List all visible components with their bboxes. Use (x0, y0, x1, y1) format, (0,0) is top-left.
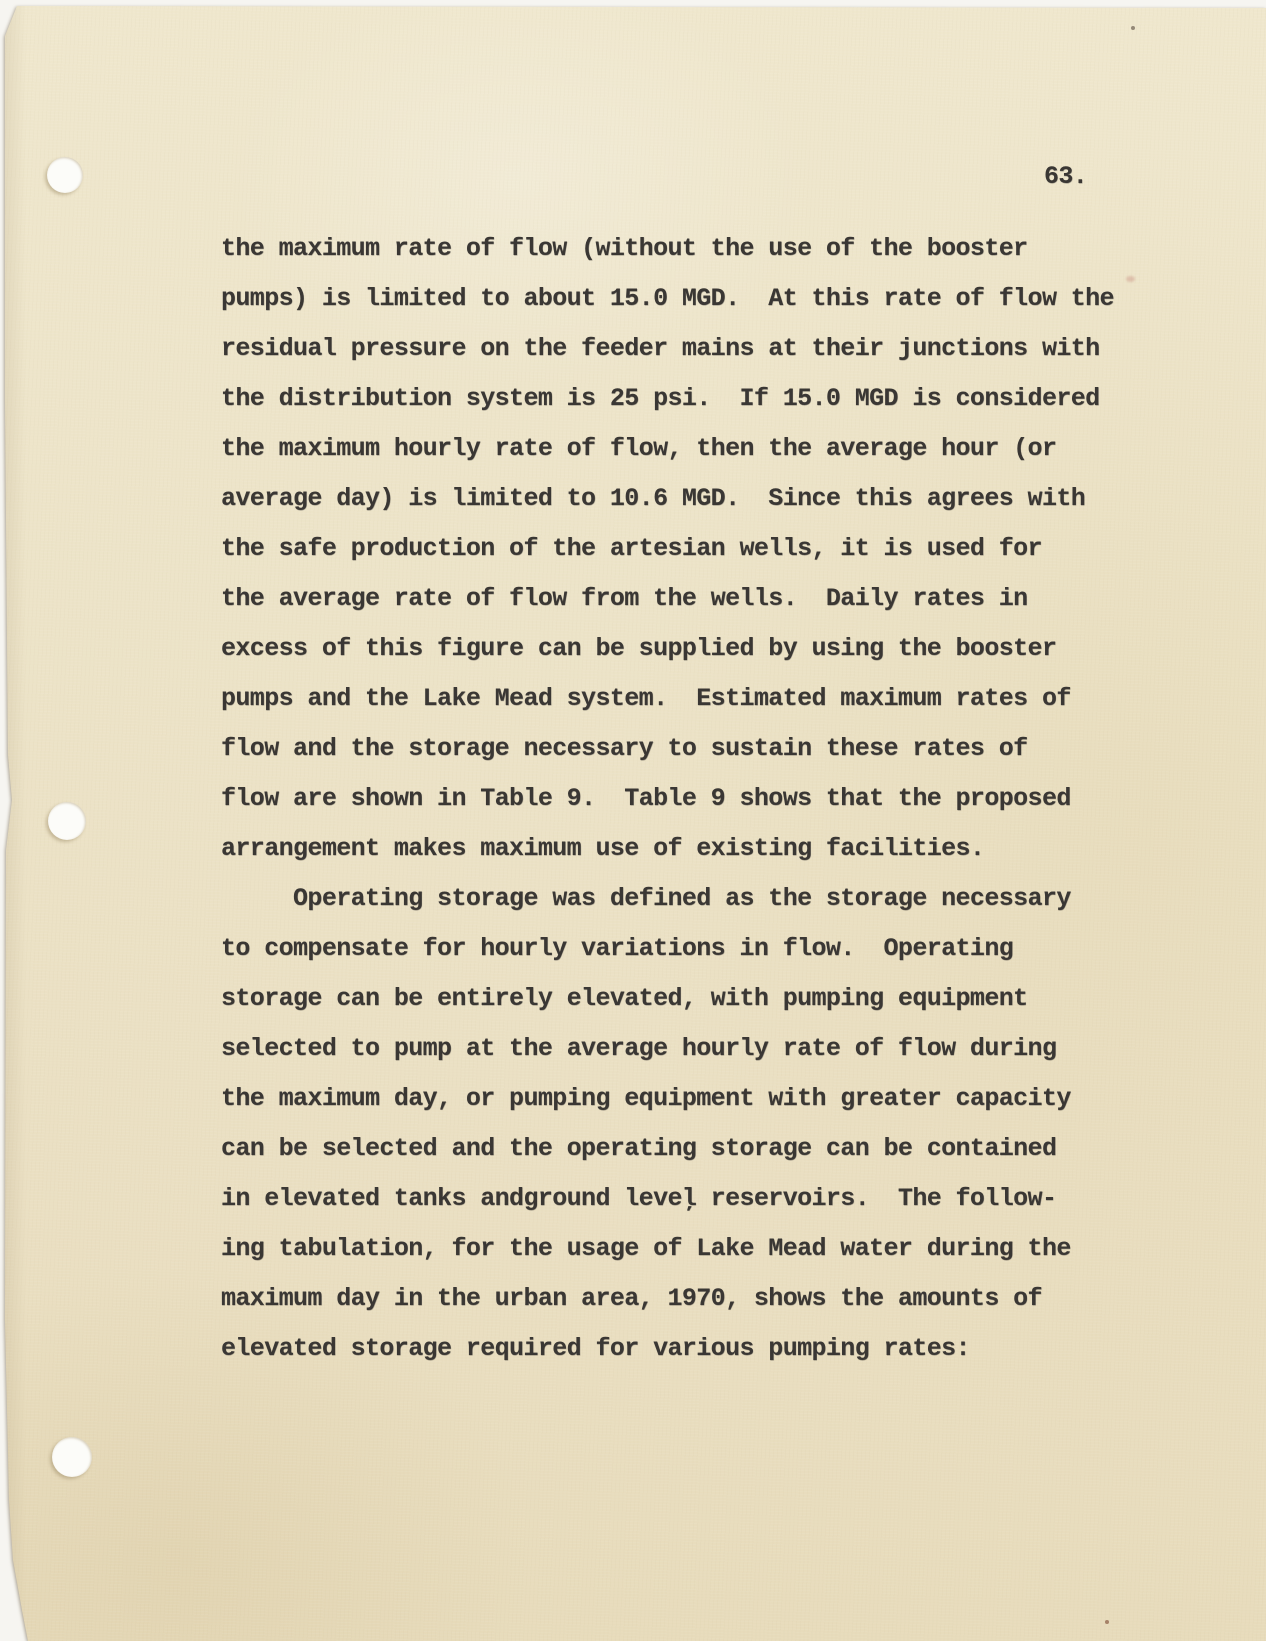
text-line: selected to pump at the average hourly r… (221, 1024, 1114, 1074)
text-line: the maximum hourly rate of flow, then th… (221, 424, 1114, 474)
text-line: maximum day in the urban area, 1970, sho… (221, 1274, 1114, 1324)
punch-hole-top (47, 157, 83, 193)
body-text: the maximum rate of flow (without the us… (221, 224, 1114, 1374)
text-line: elevated storage required for various pu… (221, 1324, 1114, 1374)
text-line: storage can be entirely elevated, with p… (221, 974, 1114, 1024)
paper-speck (1105, 1620, 1109, 1624)
text-line: can be selected and the operating storag… (221, 1124, 1114, 1174)
paper-wrapper: 63. the maximum rate of flow (without th… (0, 0, 1266, 1641)
text-line: average day) is limited to 10.6 MGD. Sin… (221, 474, 1114, 524)
text-line: Operating storage was defined as the sto… (221, 874, 1114, 924)
text-line: residual pressure on the feeder mains at… (221, 324, 1114, 374)
text-line: pumps) is limited to about 15.0 MGD. At … (221, 274, 1114, 324)
text-line: the maximum day, or pumping equipment wi… (221, 1074, 1114, 1124)
paper-speck (1131, 26, 1135, 30)
text-line: pumps and the Lake Mead system. Estimate… (221, 674, 1114, 724)
text-line: to compensate for hourly variations in f… (221, 924, 1114, 974)
punch-hole-bottom (52, 1437, 92, 1477)
text-line: the distribution system is 25 psi. If 15… (221, 374, 1114, 424)
punch-hole-middle (48, 802, 86, 840)
text-line: the average rate of flow from the wells.… (221, 574, 1114, 624)
text-line: flow are shown in Table 9. Table 9 shows… (221, 774, 1114, 824)
paper-page: 63. the maximum rate of flow (without th… (0, 0, 1266, 1641)
page-number: 63. (1044, 152, 1087, 202)
text-line: the safe production of the artesian well… (221, 524, 1114, 574)
text-line: flow and the storage necessary to sustai… (221, 724, 1114, 774)
scanned-document: { "page_number": "63.", "document": { "l… (0, 0, 1266, 1641)
paper-smudge (1126, 276, 1135, 282)
text-line: the maximum rate of flow (without the us… (221, 224, 1114, 274)
text-line: arrangement makes maximum use of existin… (221, 824, 1114, 874)
text-line: in elevated tanks andground leveļ reserv… (221, 1174, 1114, 1224)
text-line: ing tabulation, for the usage of Lake Me… (221, 1224, 1114, 1274)
text-line: excess of this figure can be supplied by… (221, 624, 1114, 674)
